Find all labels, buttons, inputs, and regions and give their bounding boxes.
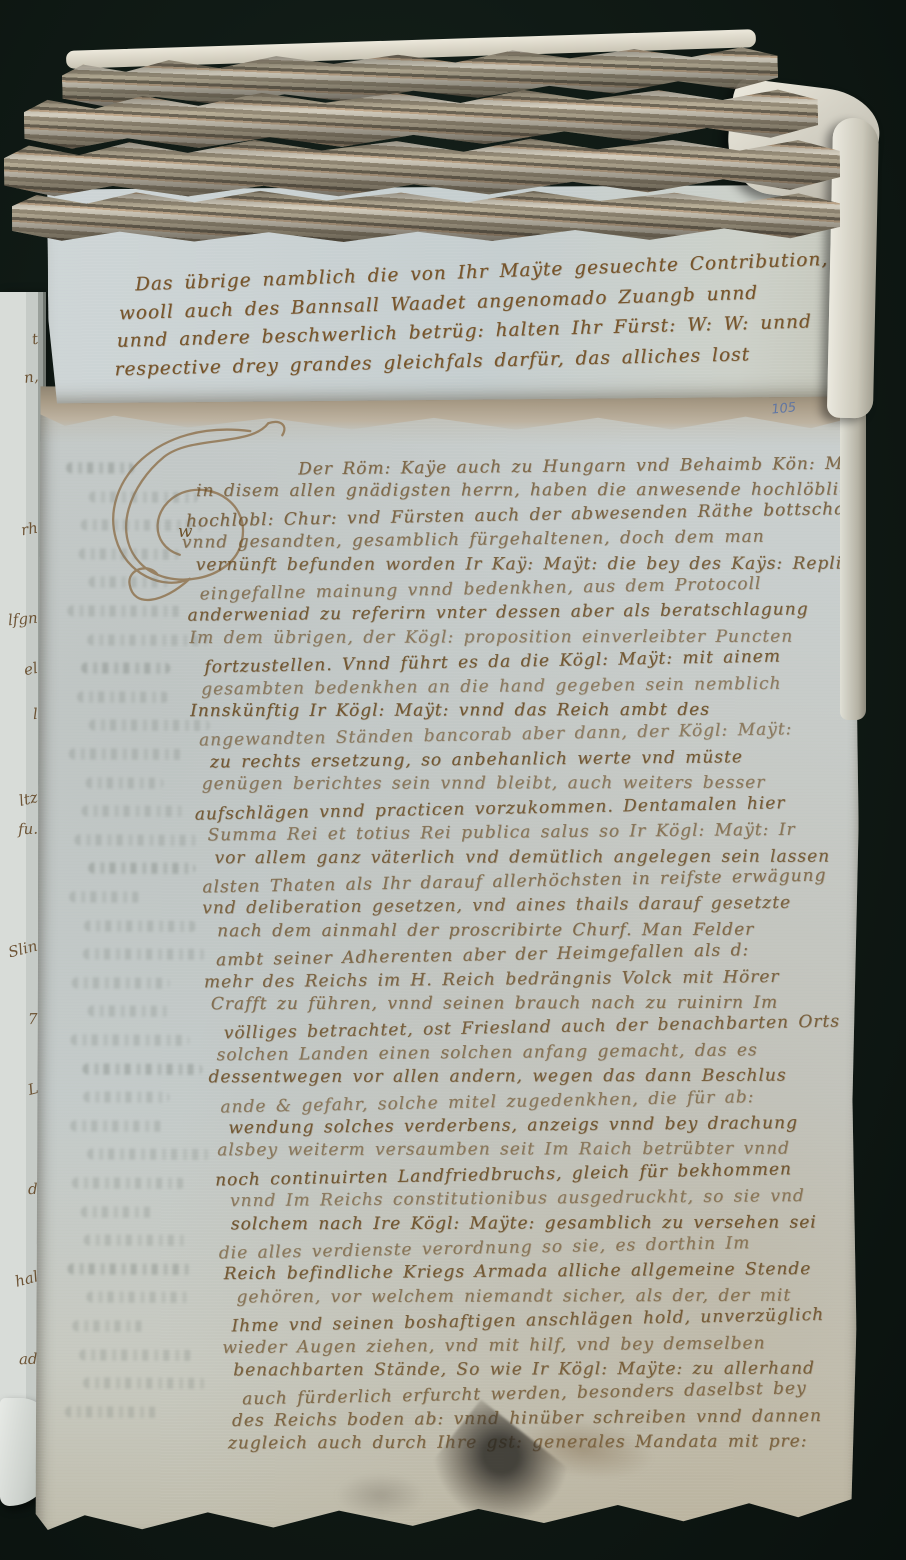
paper-stain bbox=[336, 1473, 426, 1518]
photograph-scene: tn,rhlfgnellltzfu.Slin7Ldhaladlts 105 w … bbox=[0, 0, 906, 1560]
frayed-edge-strip bbox=[12, 187, 840, 246]
verso-line-fragment: lfgn bbox=[8, 609, 39, 630]
verso-line-fragment: fu. bbox=[18, 820, 39, 839]
bleedthrough-line bbox=[73, 1320, 147, 1331]
ms-line: vnd deliberation gesetzen, vnd aines tha… bbox=[202, 891, 848, 921]
page-fore-edge bbox=[840, 390, 866, 720]
verso-line-fragment: hal bbox=[13, 1267, 40, 1290]
bleedthrough-line bbox=[72, 977, 170, 988]
bleedthrough-line bbox=[82, 806, 185, 817]
manuscript-page: 105 w Der Röm: Kaÿe auch zu Hungarn vnd … bbox=[36, 386, 861, 1536]
bleedthrough-line bbox=[68, 1263, 192, 1275]
bleedthrough-line bbox=[65, 1406, 160, 1417]
verso-line-fragment: el bbox=[23, 659, 40, 679]
verso-line-fragment: d bbox=[28, 1180, 38, 1198]
folio-number-main: 105 bbox=[771, 400, 797, 417]
verso-line-fragment: t bbox=[31, 330, 39, 349]
verso-line-fragment: 7 bbox=[28, 1010, 38, 1028]
ms-line: Summa Rei et totius Rei publica salus so… bbox=[207, 817, 848, 848]
bleedthrough-line bbox=[77, 691, 169, 702]
bleedthrough-line bbox=[88, 1006, 172, 1017]
bleedthrough-line bbox=[86, 777, 163, 788]
bleedthrough-line bbox=[70, 1120, 165, 1131]
bleedthrough-line bbox=[81, 1206, 155, 1217]
verso-line-fragment: Slin bbox=[7, 937, 40, 962]
ms-line: wieder Augen ziehen, vnd mit hilf, vnd b… bbox=[222, 1330, 846, 1360]
manuscript-text: Der Röm: Kaÿe auch zu Hungarn vnd Behaim… bbox=[176, 453, 850, 1457]
verso-line-fragment: ltz bbox=[17, 788, 39, 810]
bleedthrough-line bbox=[67, 605, 184, 617]
verso-line-fragment: l bbox=[33, 705, 39, 723]
bleedthrough-line bbox=[68, 748, 183, 760]
verso-line-fragment: rh bbox=[20, 519, 40, 540]
bleedthrough-line bbox=[66, 462, 134, 473]
bleedthrough-line bbox=[83, 1092, 169, 1103]
bleedthrough-line bbox=[79, 548, 179, 559]
bleedthrough-line bbox=[70, 891, 141, 902]
ms-line: vnnd gesandten, gesamblich fürgehaltenen… bbox=[182, 524, 850, 555]
verso-line-fragment: n, bbox=[23, 367, 40, 387]
bleedthrough-line bbox=[72, 1177, 186, 1188]
verso-line-fragment: ad bbox=[19, 1350, 38, 1368]
docket-text: Das übrige namblich die von Ihr Maÿte ge… bbox=[109, 247, 842, 387]
paper-stack bbox=[0, 0, 906, 260]
bleedthrough-line bbox=[81, 663, 170, 674]
ms-line: Reich befindliche Kriegs Armada alliche … bbox=[224, 1257, 847, 1287]
bleedthrough-line bbox=[83, 1235, 188, 1246]
bleedthrough-line bbox=[89, 577, 170, 588]
bleedthrough-line bbox=[71, 1034, 190, 1046]
ms-line: vnnd Im Reichs constitutionibus ausgedru… bbox=[230, 1184, 847, 1214]
frayed-edge-strip bbox=[4, 132, 841, 201]
